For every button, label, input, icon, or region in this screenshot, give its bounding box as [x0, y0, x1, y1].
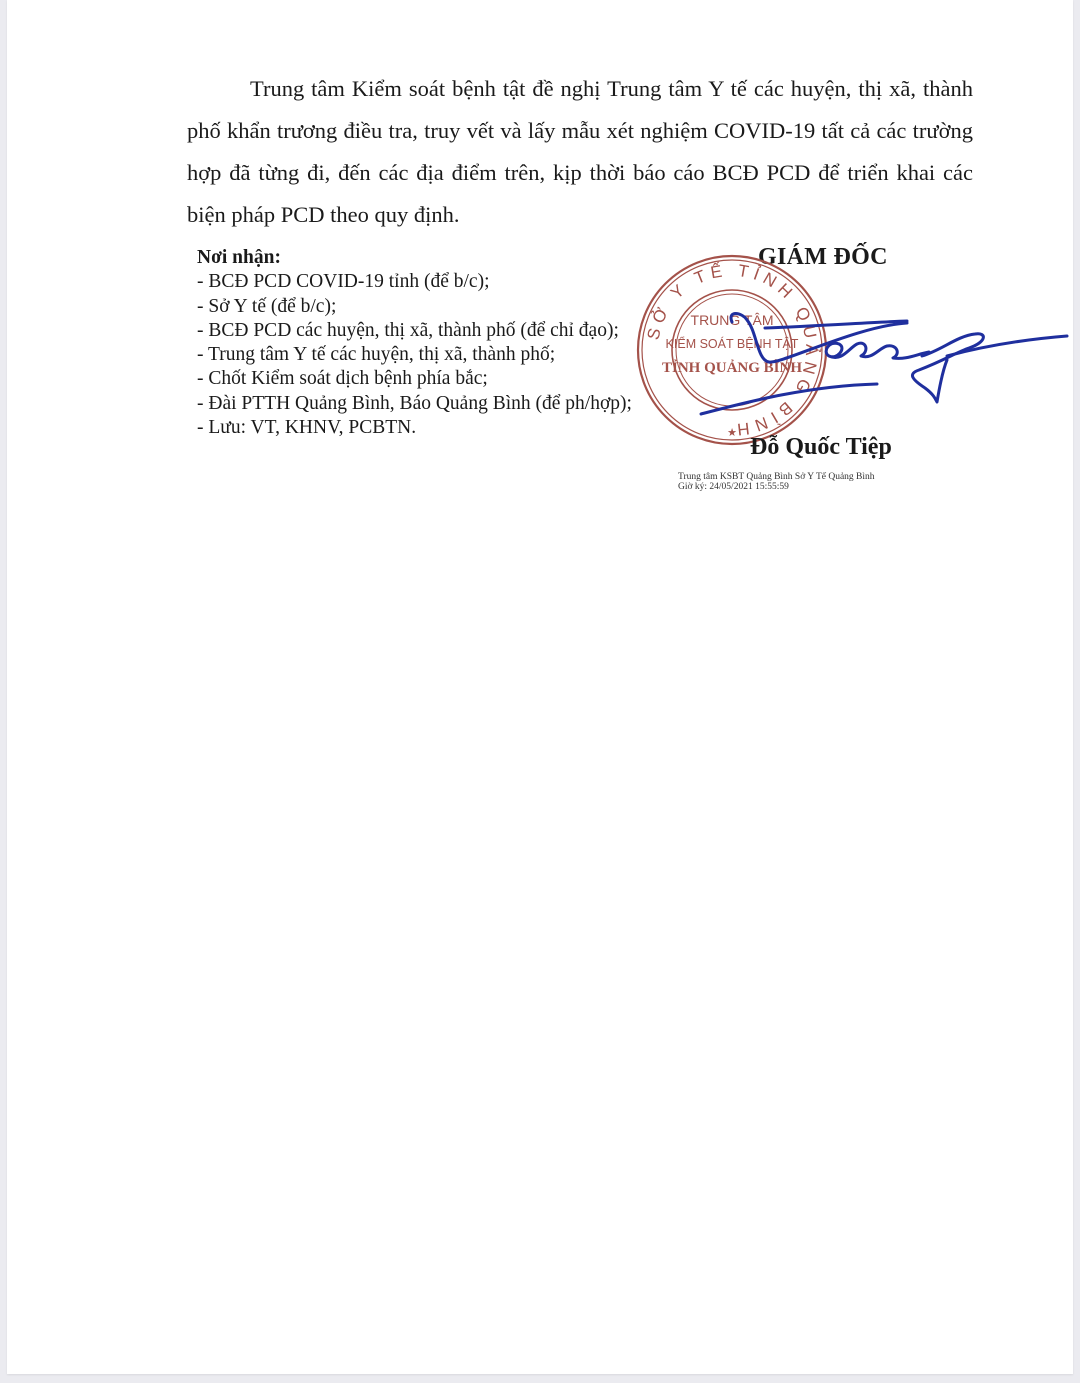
document-page: Trung tâm Kiểm soát bệnh tật đề nghị Tru… — [7, 0, 1073, 1374]
digital-signature-info: Trung tâm KSBT Quảng Bình Sở Y Tế Quảng … — [678, 472, 875, 492]
handwritten-signature-icon — [657, 290, 1077, 420]
esign-organizations: Trung tâm KSBT Quảng Bình Sở Y Tế Quảng … — [678, 472, 875, 482]
recipient-item: - Chốt Kiểm soát dịch bệnh phía bắc; — [197, 367, 632, 391]
recipient-item: - Trung tâm Y tế các huyện, thị xã, thàn… — [197, 343, 632, 367]
body-paragraph: Trung tâm Kiểm soát bệnh tật đề nghị Tru… — [187, 68, 973, 236]
recipient-item: - Đài PTTH Quảng Bình, Báo Quảng Bình (đ… — [197, 392, 632, 416]
recipient-item: - BCĐ PCD COVID-19 tỉnh (để b/c); — [197, 270, 632, 294]
stamp-line-2: KIỂM SOÁT BỆNH TẬT — [666, 336, 799, 351]
recipient-item: - BCĐ PCD các huyện, thị xã, thành phố (… — [197, 319, 632, 343]
recipients-heading: Nơi nhận: — [197, 246, 632, 270]
signer-title: GIÁM ĐỐC — [758, 244, 888, 271]
official-stamp-icon: SỞ Y TẾ TỈNH QUẢNG BÌNH TRUNG TÂM KIỂM S… — [630, 250, 834, 450]
signer-name: Đỗ Quốc Tiệp — [750, 434, 892, 461]
stamp-ring-text: SỞ Y TẾ TỈNH QUẢNG BÌNH — [644, 261, 822, 440]
svg-text:SỞ Y TẾ TỈNH QUẢNG BÌNH: SỞ Y TẾ TỈNH QUẢNG BÌNH — [644, 261, 822, 440]
recipients-block: Nơi nhận: - BCĐ PCD COVID-19 tỉnh (để b/… — [197, 246, 632, 440]
stamp-star: ★ — [727, 426, 737, 439]
recipient-item: - Lưu: VT, KHNV, PCBTN. — [197, 416, 632, 440]
stamp-line-1: TRUNG TÂM — [691, 312, 774, 328]
stamp-line-3: TỈNH QUẢNG BÌNH — [662, 359, 802, 376]
body-paragraph-text: Trung tâm Kiểm soát bệnh tật đề nghị Tru… — [187, 76, 973, 227]
recipient-item: - Sở Y tế (để b/c); — [197, 295, 632, 319]
esign-timestamp: Giờ ký: 24/05/2021 15:55:59 — [678, 482, 875, 492]
